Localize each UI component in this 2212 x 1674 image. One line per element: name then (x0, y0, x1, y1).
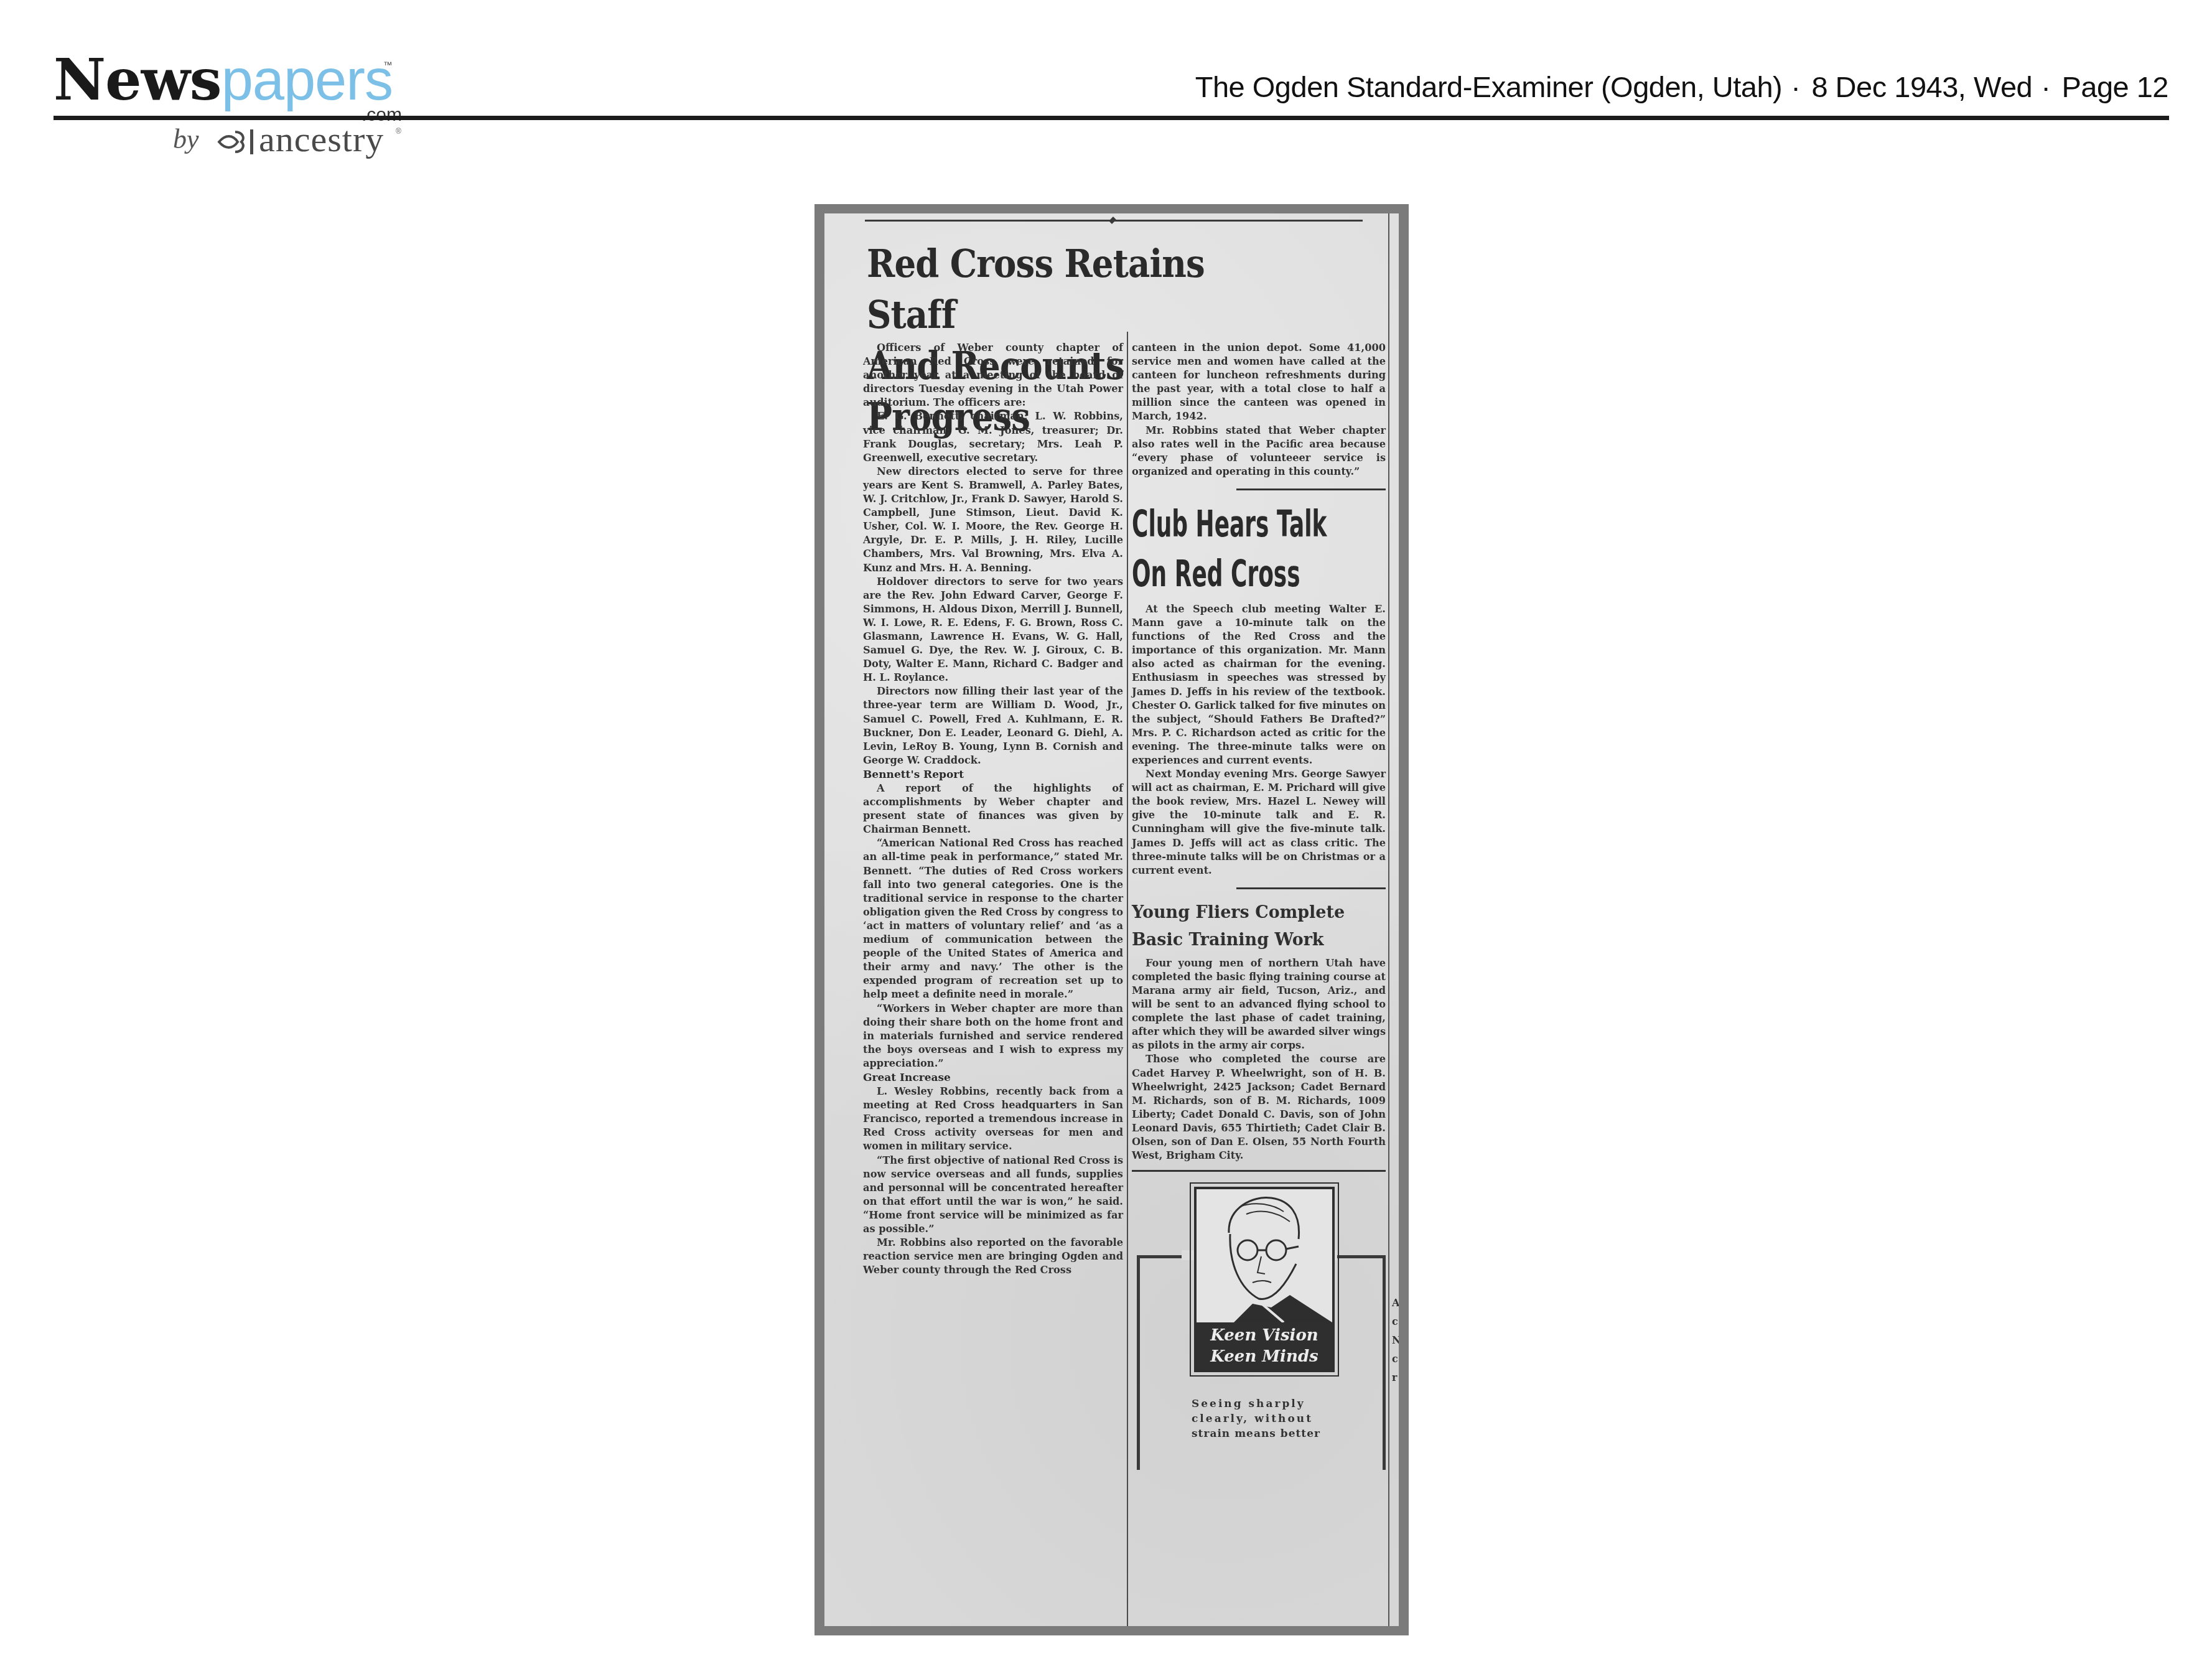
paragraph: L. Wesley Robbins, recently back from a … (863, 1085, 1123, 1153)
right-column-rule (1388, 213, 1389, 1626)
section-rule (1236, 489, 1386, 490)
publication-title: The Ogden Standard-Examiner (Ogden, Utah… (1195, 70, 1783, 103)
paragraph: New directors elected to serve for three… (863, 465, 1123, 575)
paragraph: canteen in the union depot. Some 41,000 … (1132, 341, 1386, 424)
ad-copy-line: Seeing sharply (1192, 1396, 1336, 1411)
paragraph: Directors now filling their last year of… (863, 685, 1123, 767)
edge-fragment: A (1392, 1296, 1399, 1310)
logo-papers-text: papers (222, 49, 393, 112)
ancestry-leaf-icon (217, 128, 256, 156)
club-headline: Club Hears Talk On Red Cross (1132, 499, 1289, 596)
slogan-line-1: Keen Vision (1197, 1325, 1332, 1346)
paragraph: At the Speech club meeting Walter E. Man… (1132, 602, 1386, 767)
clipping-image: Red Cross Retains Staff And Recounts Pro… (824, 213, 1399, 1626)
page-number: Page 12 (2061, 70, 2168, 103)
edge-fragment: N (1392, 1334, 1399, 1347)
newspaper-clipping[interactable]: Red Cross Retains Staff And Recounts Pro… (814, 204, 1409, 1635)
paragraph: Mr. Robbins also reported on the favorab… (863, 1236, 1123, 1277)
headline-line-1: Red Cross Retains Staff (867, 238, 1294, 340)
fliers-headline-line-2: Basic Training Work (1132, 927, 1386, 954)
edge-fragment: r (1392, 1371, 1399, 1385)
subheading: Bennett's Report (863, 768, 1123, 782)
paragraph: A report of the highlights of accomplish… (863, 782, 1123, 836)
column-divider (1127, 332, 1128, 1626)
newspapers-logo[interactable]: Newspapers ™ .com by ancestry ® (54, 49, 402, 154)
edge-fragment: c (1392, 1315, 1399, 1329)
slogan-line-2: Keen Minds (1197, 1346, 1332, 1367)
separator-dot: · (2041, 70, 2050, 104)
paragraph: E. G. Bennett, chairman; L. W. Robbins, … (863, 409, 1123, 464)
paragraph: Holdover directors to serve for two year… (863, 575, 1123, 685)
club-headline-line-2: On Red Cross (1132, 549, 1289, 599)
fliers-headline-line-1: Young Fliers Complete (1132, 899, 1386, 927)
publication-date: 8 Dec 1943, Wed (1811, 70, 2032, 103)
logo-by-text: by (173, 123, 199, 155)
paragraph: Four young men of northern Utah have com… (1132, 956, 1386, 1053)
separator-dot: · (1791, 70, 1800, 104)
logo-trademark: ™ (383, 60, 392, 70)
paragraph: “The first objective of national Red Cro… (863, 1154, 1123, 1237)
edge-fragment: c (1392, 1352, 1399, 1366)
logo-news-text: News (54, 46, 222, 113)
section-rule (1236, 887, 1386, 889)
paragraph: Mr. Robbins stated that Weber chapter al… (1132, 424, 1386, 479)
ad-portrait: Keen Vision Keen Minds (1194, 1187, 1335, 1372)
paragraph: “American National Red Cross has reached… (863, 836, 1123, 1001)
article-right-column: canteen in the union depot. Some 41,000 … (1132, 341, 1386, 1462)
paragraph: Those who completed the course are Cadet… (1132, 1052, 1386, 1162)
logo-registered: ® (396, 127, 401, 136)
page-citation: The Ogden Standard-Examiner (Ogden, Utah… (1195, 70, 2168, 104)
fliers-headline: Young Fliers Complete Basic Training Wor… (1132, 899, 1386, 954)
logo-wordmark: Newspapers (54, 49, 393, 111)
paragraph: “Workers in Weber chapter are more than … (863, 1002, 1123, 1070)
header-divider (54, 116, 2169, 120)
ad-copy: Seeing sharply clearly, without strain m… (1192, 1396, 1336, 1441)
ornament-icon (1109, 217, 1116, 224)
paragraph: Officers of Weber county chapter of Amer… (863, 341, 1123, 409)
ad-slogan-banner: Keen Vision Keen Minds (1197, 1322, 1332, 1370)
ad-copy-line: strain means better (1192, 1426, 1336, 1441)
ad-copy-line: clearly, without (1192, 1411, 1336, 1426)
man-with-glasses-illustration (1197, 1189, 1332, 1322)
section-rule (1132, 1170, 1386, 1172)
logo-ancestry-text: ancestry (259, 118, 384, 160)
article-left-column: Officers of Weber county chapter of Amer… (863, 341, 1123, 1277)
club-headline-line-1: Club Hears Talk (1132, 499, 1289, 549)
subheading: Great Increase (863, 1071, 1123, 1085)
paragraph: Next Monday evening Mrs. George Sawyer w… (1132, 767, 1386, 877)
keen-vision-advertisement: Keen Vision Keen Minds Seeing sharply cl… (1132, 1176, 1386, 1462)
